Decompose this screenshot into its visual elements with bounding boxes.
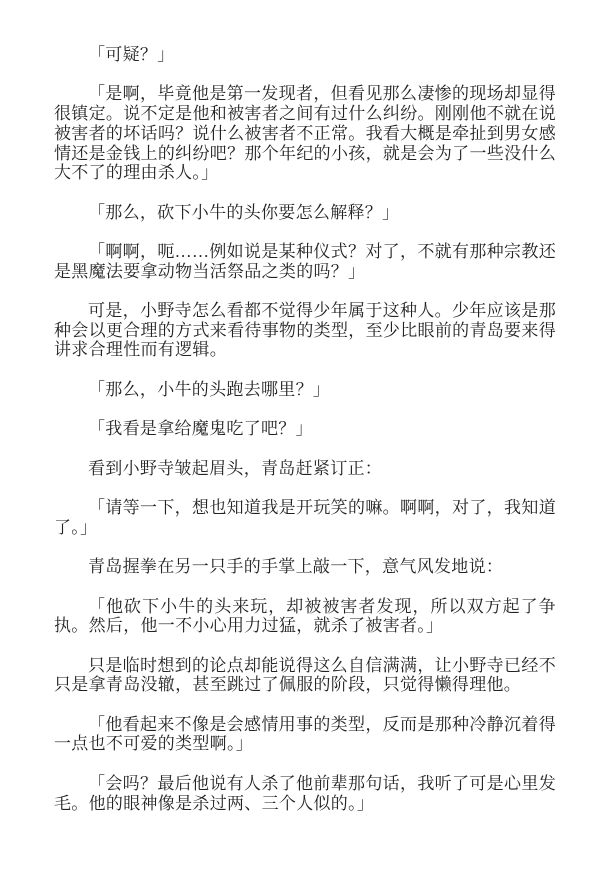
paragraph-dialogue: 「是啊，毕竟他是第一发现者，但看见那么凄惨的现场却显得很镇定。说不定是他和被害者…: [54, 84, 556, 183]
paragraph-narration: 青岛握拳在另一只手的手掌上敲一下，意气风发地说：: [54, 557, 556, 577]
paragraph-dialogue: 「那么，砍下小牛的头你要怎么解释？」: [54, 203, 556, 223]
paragraph-narration: 看到小野寺皱起眉头，青岛赶紧订正：: [54, 459, 556, 479]
paragraph-dialogue: 「他看起来不像是会感情用事的类型，反而是那种冷静沉着得一点也不可爱的类型啊。」: [54, 715, 556, 754]
text-block: 「可疑？」 「是啊，毕竟他是第一发现者，但看见那么凄惨的现场却显得很镇定。说不定…: [0, 0, 613, 833]
paragraph-narration: 可是，小野寺怎么看都不觉得少年属于这种人。少年应该是那种会以更合理的方式来看待事…: [54, 301, 556, 360]
paragraph-dialogue: 「那么，小牛的头跑去哪里？」: [54, 380, 556, 400]
novel-page: 「可疑？」 「是啊，毕竟他是第一发现者，但看见那么凄惨的现场却显得很镇定。说不定…: [0, 0, 613, 869]
paragraph-narration: 只是临时想到的论点却能说得这么自信满满，让小野寺已经不只是拿青岛没辙，甚至跳过了…: [54, 656, 556, 695]
paragraph-dialogue: 「会吗？最后他说有人杀了他前辈那句话，我听了可是心里发毛。他的眼神像是杀过两、三…: [54, 774, 556, 813]
paragraph-dialogue: 「我看是拿给魔鬼吃了吧？」: [54, 419, 556, 439]
paragraph-dialogue: 「啊啊，呃……例如说是某种仪式？对了，不就有那种宗教还是黑魔法要拿动物当活祭品之…: [54, 242, 556, 281]
paragraph-dialogue: 「可疑？」: [54, 45, 556, 65]
paragraph-dialogue: 「请等一下，想也知道我是开玩笑的嘛。啊啊，对了，我知道了。」: [54, 498, 556, 537]
paragraph-dialogue: 「他砍下小牛的头来玩，却被被害者发现，所以双方起了争执。然后，他一不小心用力过猛…: [54, 597, 556, 636]
